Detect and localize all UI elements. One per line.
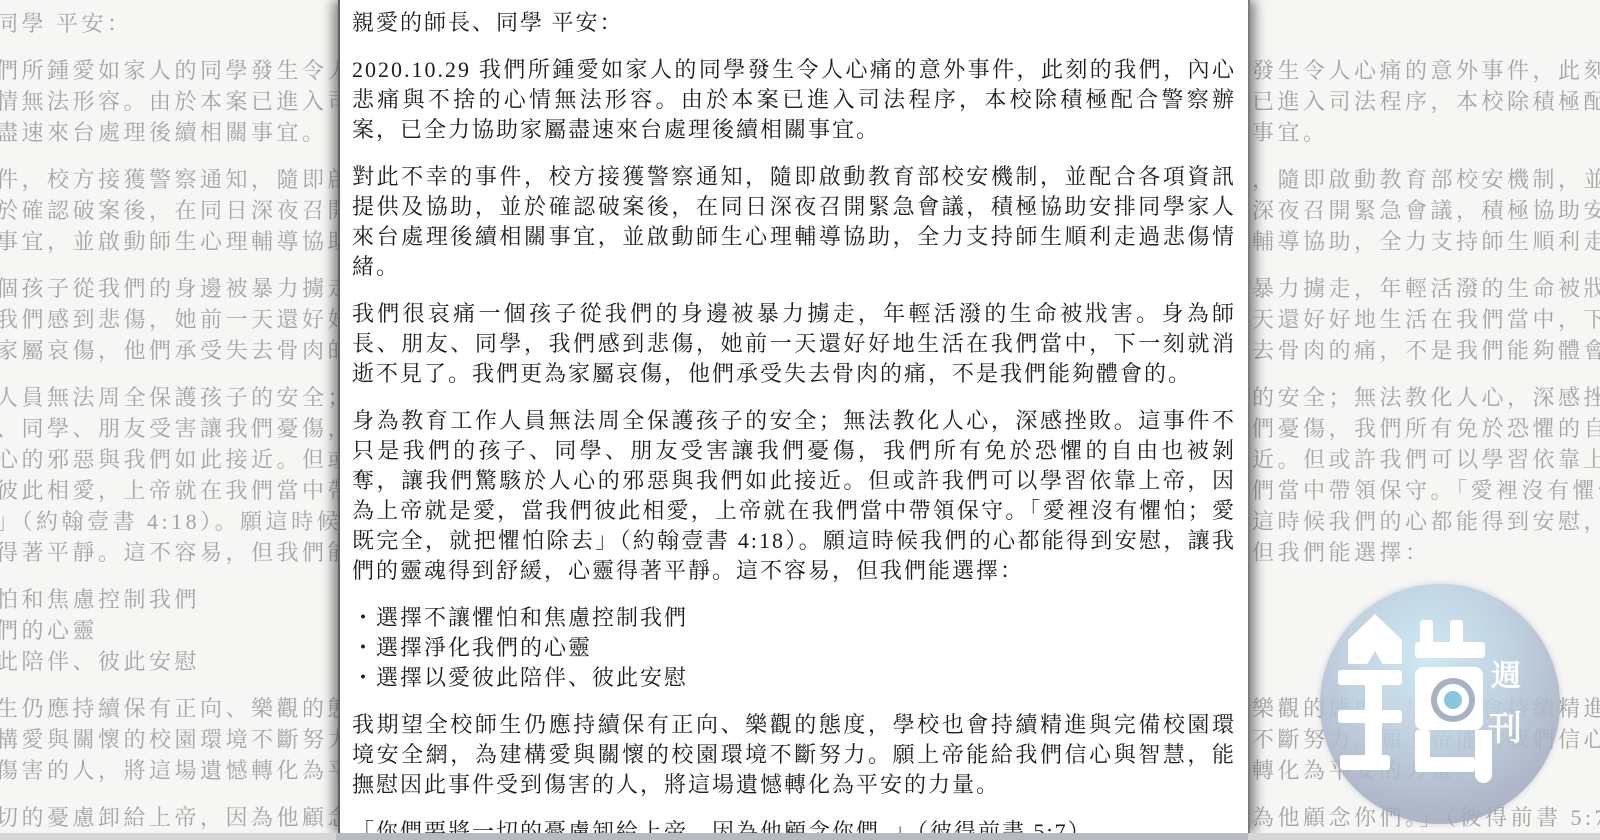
background-line: 彼此相愛，上帝就在我們當中帶	[0, 475, 338, 506]
letter-paragraph-3: 我們很哀痛一個孩子從我們的身邊被暴力擄走，年輕活潑的生命被戕害。身為師長、朋友、…	[352, 299, 1236, 389]
logo-bar-shape	[1338, 710, 1402, 723]
background-paragraph: 個孩子從我們的身邊被暴力擄走我們感到悲傷，她前一天還好好地家屬哀傷，他們承受失去…	[0, 273, 338, 366]
background-line: 發生令人心痛的意外事件，此刻的	[1252, 55, 1600, 86]
background-line: 已進入司法程序，本校除積極配合	[1252, 86, 1600, 117]
background-line: 個孩子從我們的身邊被暴力擄走	[0, 273, 338, 304]
background-line: 切的憂慮卸給上帝，因為他顧念	[0, 802, 338, 833]
background-line: 件，校方接獲警察通知，隨即啟動	[0, 164, 338, 195]
letter-bullet-item: ・選擇淨化我們的心靈	[352, 633, 1236, 663]
background-line: 們所鍾愛如家人的同學發生令人心	[0, 55, 338, 86]
watermark-week-character: 週	[1488, 660, 1524, 694]
background-line: 構愛與關懷的校園環境不斷努力	[0, 724, 338, 755]
watermark-kan-character: 刊	[1485, 710, 1525, 750]
background-line: 此陪伴、彼此安慰	[0, 646, 338, 677]
background-paragraph: 怕和焦慮控制我們們的心靈此陪伴、彼此安慰	[0, 584, 338, 677]
logo-bar-shape	[1340, 755, 1390, 770]
background-line: 深夜召開緊急會議，積極協助安排	[1252, 195, 1600, 226]
mirror-media-watermark: 週 刊	[1320, 584, 1560, 824]
letter-paragraph-4: 身為教育工作人員無法周全保護孩子的安全；無法教化人心，深感挫敗。這事件不只是我們…	[352, 406, 1236, 586]
logo-bar-shape	[1415, 642, 1485, 658]
background-line: 得著平靜。這不容易，但我們能	[0, 537, 338, 568]
background-line: 怕和焦慮控制我們	[0, 584, 338, 615]
background-paragraph: 同學 平安：	[0, 8, 338, 39]
background-paragraph: 的安全；無法教化人心，深感挫敗們憂傷，我們所有免於恐懼的自由近。但或許我們可以學…	[1252, 382, 1600, 568]
background-paragraph: 生仍應持續保有正向、樂觀的態度構愛與關懷的校園環境不斷努力傷害的人，將這場遺憾轉…	[0, 693, 338, 786]
background-line	[1252, 8, 1600, 39]
background-line: 、同學、朋友受害讓我們憂傷，我	[0, 413, 338, 444]
background-line: 家屬哀傷，他們承受失去骨肉的	[0, 335, 338, 366]
letter-bullet-item: ・選擇不讓懼怕和焦慮控制我們	[352, 603, 1236, 633]
background-line: 天還好好地生活在我們當中，下一刻	[1252, 304, 1600, 335]
camera-lens-core	[1444, 691, 1462, 709]
letter-closing-paragraph: 我期望全校師生仍應持續保有正向、樂觀的態度，學校也會持續精進與完備校園環境安全網…	[352, 710, 1236, 800]
background-line: 暴力擄走，年輕活潑的生命被戕害	[1252, 273, 1600, 304]
background-paragraph: 件，校方接獲警察通知，隨即啟動於確認破案後，在同日深夜召開緊事宜，並啟動師生心理…	[0, 164, 338, 257]
background-line: 們當中帶領保守。「愛裡沒有懼怕	[1252, 475, 1600, 506]
letter-paragraph-2: 對此不幸的事件，校方接獲警察通知，隨即啟動教育部校安機制，並配合各項資訊提供及協…	[352, 162, 1236, 282]
background-paragraph: 發生令人心痛的意外事件，此刻的已進入司法程序，本校除積極配合事宜。	[1252, 55, 1600, 148]
background-line: 但我們能選擇：	[1252, 537, 1600, 568]
background-line: 傷害的人，將這場遺憾轉化為平	[0, 755, 338, 786]
letter-paragraph-1: 2020.10.29 我們所鍾愛如家人的同學發生令人心痛的意外事件，此刻的我們，…	[352, 55, 1236, 145]
background-line: 於確認破案後，在同日深夜召開緊	[0, 195, 338, 226]
background-line: 這時候我們的心都能得到安慰，讓	[1252, 506, 1600, 537]
background-line: 情無法形容。由於本案已進入司法	[0, 86, 338, 117]
background-line: 同學 平安：	[0, 8, 338, 39]
letter-bullet-item: ・選擇以愛彼此陪伴、彼此安慰	[352, 663, 1236, 693]
background-paragraph: 人員無法周全保護孩子的安全；、同學、朋友受害讓我們憂傷，我心的邪惡與我們如此接近…	[0, 382, 338, 568]
background-line: 們憂傷，我們所有免於恐懼的自由	[1252, 413, 1600, 444]
background-line: 的安全；無法教化人心，深感挫敗	[1252, 382, 1600, 413]
logo-roof-shape	[1348, 614, 1402, 664]
logo-leg-shape	[1415, 757, 1475, 772]
background-line: 生仍應持續保有正向、樂觀的態度	[0, 693, 338, 724]
background-line: 事宜。	[1252, 117, 1600, 148]
background-line: 人員無法周全保護孩子的安全；	[0, 382, 338, 413]
background-line: 心的邪惡與我們如此接近。但或許	[0, 444, 338, 475]
photo-bottom-edge	[0, 833, 1600, 840]
watermark-circle: 週 刊	[1320, 584, 1560, 824]
background-letter-text-left: 同學 平安：們所鍾愛如家人的同學發生令人心情無法形容。由於本案已進入司法盡速來台…	[0, 0, 338, 833]
background-line: 們的心靈	[0, 615, 338, 646]
background-line: 近。但或許我們可以學習依靠上帝	[1252, 444, 1600, 475]
background-paragraph: 暴力擄走，年輕活潑的生命被戕害天還好好地生活在我們當中，下一刻去骨肉的痛，不是我…	[1252, 273, 1600, 366]
background-paragraph: ，隨即啟動教育部校安機制，並配深夜召開緊急會議，積極協助安排輔導協助，全力支持師…	[1252, 164, 1600, 257]
background-paragraph	[1252, 8, 1600, 39]
letter-bullet-list: ・選擇不讓懼怕和焦慮控制我們・選擇淨化我們的心靈・選擇以愛彼此陪伴、彼此安慰	[352, 603, 1236, 693]
background-line: 去骨肉的痛，不是我們能夠體會的	[1252, 335, 1600, 366]
letter-page: 親愛的師長、同學 平安： 2020.10.29 我們所鍾愛如家人的同學發生令人心…	[338, 0, 1250, 833]
background-line: 事宜，並啟動師生心理輔導協助	[0, 226, 338, 257]
background-line: 」（約翰壹書 4:18）。願這時候我們	[0, 506, 338, 537]
background-line: 輔導協助，全力支持師生順利走過	[1252, 226, 1600, 257]
background-paragraph: 們所鍾愛如家人的同學發生令人心情無法形容。由於本案已進入司法盡速來台處理後續相關…	[0, 55, 338, 148]
background-line: 盡速來台處理後續相關事宜。	[0, 117, 338, 148]
background-paragraph: 切的憂慮卸給上帝，因為他顧念	[0, 802, 338, 833]
background-line: ，隨即啟動教育部校安機制，並配	[1252, 164, 1600, 195]
background-line: 我們感到悲傷，她前一天還好好地	[0, 304, 338, 335]
letter-greeting: 親愛的師長、同學 平安：	[352, 8, 1236, 38]
